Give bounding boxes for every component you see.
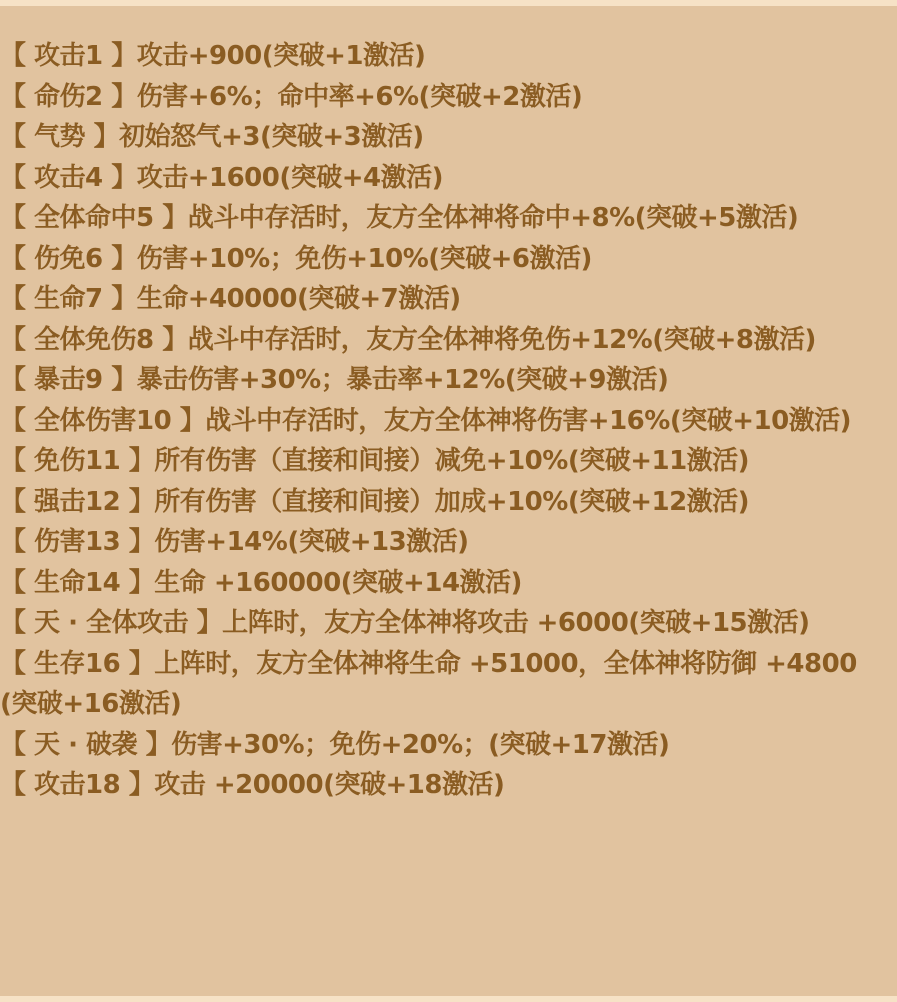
bonus-text: 生命+40000(突破+7激活) [137,284,461,314]
bonus-entry-9: 【 暴击9 】暴击伤害+30%；暴击率+12%(突破+9激活) [0,360,890,401]
bonus-entry-2: 【 命伤2 】伤害+6%；命中率+6%(突破+2激活) [0,77,890,118]
bonus-tag: 【 攻击4 】 [0,163,137,193]
bonus-tag: 【 生命14 】 [0,568,154,598]
bonus-entry-12: 【 强击12 】所有伤害（直接和间接）加成+10%(突破+12激活) [0,482,890,523]
panel-bottom-border [0,996,897,1002]
bonus-tag: 【 天 · 破袭 】 [0,730,171,760]
bonus-tag: 【 命伤2 】 [0,82,137,112]
bonus-text: 战斗中存活时，友方全体神将伤害+16%(突破+10激活) [205,406,851,436]
bonus-text: 暴击伤害+30%；暴击率+12%(突破+9激活) [137,365,669,395]
bonus-entry-5: 【 全体命中5 】战斗中存活时，友方全体神将命中+8%(突破+5激活) [0,198,890,239]
bonus-entry-16: 【 生存16 】上阵时，友方全体神将生命 +51000，全体神将防御 +4800… [0,644,890,725]
bonus-entry-10: 【 全体伤害10 】战斗中存活时，友方全体神将伤害+16%(突破+10激活) [0,401,890,442]
bonus-entry-6: 【 伤免6 】伤害+10%；免伤+10%(突破+6激活) [0,239,890,280]
bonus-tag: 【 强击12 】 [0,487,154,517]
bonus-tag: 【 全体伤害10 】 [0,406,205,436]
bonus-tag: 【 全体命中5 】 [0,203,188,233]
bonus-entry-4: 【 攻击4 】攻击+1600(突破+4激活) [0,158,890,199]
bonus-text: 战斗中存活时，友方全体神将免伤+12%(突破+8激活) [188,325,816,355]
bonus-tag: 【 伤免6 】 [0,244,137,274]
bonus-text: 生命 +160000(突破+14激活) [154,568,522,598]
breakthrough-bonus-panel: 【 攻击1 】攻击+900(突破+1激活) 【 命伤2 】伤害+6%；命中率+6… [0,6,897,996]
bonus-text: 伤害+10%；免伤+10%(突破+6激活) [137,244,592,274]
bonus-entry-15: 【 天 · 全体攻击 】上阵时，友方全体神将攻击 +6000(突破+15激活) [0,603,890,644]
bonus-entry-18: 【 攻击18 】攻击 +20000(突破+18激活) [0,765,890,806]
bonus-tag: 【 攻击18 】 [0,770,154,800]
bonus-text: 攻击 +20000(突破+18激活) [154,770,504,800]
bonus-tag: 【 暴击9 】 [0,365,137,395]
bonus-entry-3: 【 气势 】初始怒气+3(突破+3激活) [0,117,890,158]
bonus-text: 伤害+6%；命中率+6%(突破+2激活) [137,82,583,112]
bonus-entry-8: 【 全体免伤8 】战斗中存活时，友方全体神将免伤+12%(突破+8激活) [0,320,890,361]
bonus-text: 攻击+900(突破+1激活) [137,41,426,71]
bonus-text: 初始怒气+3(突破+3激活) [119,122,424,152]
bonus-tag: 【 伤害13 】 [0,527,154,557]
bonus-tag: 【 免伤11 】 [0,446,154,476]
bonus-text: 所有伤害（直接和间接）减免+10%(突破+11激活) [154,446,749,476]
bonus-tag: 【 攻击1 】 [0,41,137,71]
bonus-entry-13: 【 伤害13 】伤害+14%(突破+13激活) [0,522,890,563]
bonus-tag: 【 生命7 】 [0,284,137,314]
bonus-entry-1: 【 攻击1 】攻击+900(突破+1激活) [0,36,890,77]
bonus-text: 攻击+1600(突破+4激活) [137,163,443,193]
bonus-tag: 【 全体免伤8 】 [0,325,188,355]
bonus-entry-17: 【 天 · 破袭 】伤害+30%；免伤+20%；(突破+17激活) [0,725,890,766]
bonus-text: 所有伤害（直接和间接）加成+10%(突破+12激活) [154,487,749,517]
bonus-tag: 【 天 · 全体攻击 】 [0,608,222,638]
bonus-tag: 【 生存16 】 [0,649,154,679]
bonus-entry-11: 【 免伤11 】所有伤害（直接和间接）减免+10%(突破+11激活) [0,441,890,482]
bonus-tag: 【 气势 】 [0,122,119,152]
bonus-entry-7: 【 生命7 】生命+40000(突破+7激活) [0,279,890,320]
bonus-text: 战斗中存活时，友方全体神将命中+8%(突破+5激活) [188,203,799,233]
bonus-list[interactable]: 【 攻击1 】攻击+900(突破+1激活) 【 命伤2 】伤害+6%；命中率+6… [0,36,890,806]
bonus-text: 伤害+30%；免伤+20%；(突破+17激活) [171,730,669,760]
bonus-text: 伤害+14%(突破+13激活) [154,527,468,557]
bonus-text: 上阵时，友方全体神将攻击 +6000(突破+15激活) [222,608,809,638]
bonus-entry-14: 【 生命14 】生命 +160000(突破+14激活) [0,563,890,604]
